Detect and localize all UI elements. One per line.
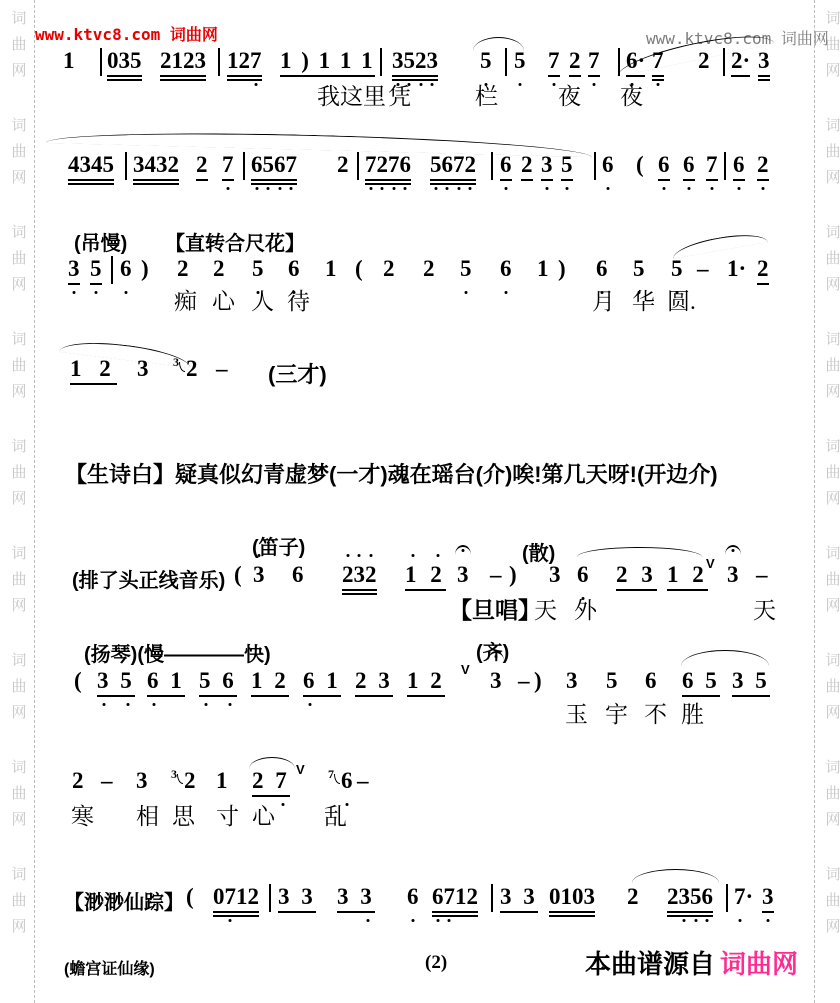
note-digit: 3 (641, 562, 657, 588)
note-digit: 3 (301, 884, 316, 910)
watermark-char: 词 (11, 113, 26, 139)
note-digit: 1 (280, 48, 294, 74)
bar-line (594, 152, 596, 180)
lyric-text: 【旦唱】 (449, 598, 541, 624)
beam-line (213, 911, 259, 913)
note-digit: ) (301, 48, 311, 74)
note-digit: ( (186, 884, 194, 910)
note-digit: 7 (388, 152, 400, 178)
watermark-char: 网 (825, 807, 840, 833)
note-digit: 6 (400, 152, 412, 178)
beam-line (706, 179, 718, 181)
watermark-char: 词 (11, 862, 26, 888)
lyric-text: 夜 (620, 84, 643, 110)
note-digit: ) (141, 256, 149, 282)
note-token: 5 (460, 256, 472, 282)
watermark-char: 网 (825, 914, 840, 940)
note-token: 3432 (133, 152, 179, 178)
slur-curve (46, 128, 592, 157)
note-digit: 7 (706, 152, 718, 178)
note-digit: 3 (136, 768, 148, 794)
note-digit: 1 (727, 256, 739, 282)
note-digit: 2 (252, 768, 267, 794)
bar-line (724, 152, 726, 180)
note-token: ( (186, 884, 194, 910)
note-digit: 1 (537, 256, 549, 282)
lyric-text: 心 (212, 289, 235, 315)
note-token: 2 (569, 48, 581, 74)
note-digit: 6 (442, 152, 454, 178)
note-token: 232 (342, 562, 377, 588)
note-token: 6 (407, 884, 419, 910)
note-token: 2 (423, 256, 435, 282)
music-section-label: 【直转合尺花】 (165, 227, 305, 256)
lyric-text: 夜 (558, 84, 581, 110)
left-dashed-border (34, 0, 35, 1003)
note-digit: 2 (239, 48, 251, 74)
note-digit: 1 (216, 768, 228, 794)
note-token: 3523 (392, 48, 438, 74)
bar-line (100, 48, 102, 76)
note-digit: 2 (383, 256, 395, 282)
note-token: 3 (758, 48, 770, 74)
note-digit: 3 (360, 884, 375, 910)
note-digit (515, 884, 524, 910)
note-digit (747, 668, 756, 694)
beam-line (280, 75, 375, 77)
note-digit: – (756, 562, 768, 588)
beam-line (731, 75, 750, 77)
beam-line (227, 79, 262, 81)
note-token: 1 2 (251, 668, 289, 694)
note-token: 2356 (667, 884, 713, 910)
source-brand-link[interactable]: 词曲网 (720, 944, 798, 981)
note-token: 1 (216, 768, 228, 794)
note-token: 6 1 (147, 668, 185, 694)
note-digit: 2 (430, 668, 445, 694)
note-token: 3 5 (732, 668, 770, 694)
note-digit: 2 (72, 768, 84, 794)
beam-line (392, 75, 438, 77)
beam-line (658, 179, 670, 181)
note-digit (112, 668, 121, 694)
note-digit: 2 (274, 668, 289, 694)
note-digit: 2 (196, 152, 208, 178)
note-token: 3 (457, 562, 469, 588)
music-section-label: (扬琴)(慢————快) (84, 638, 271, 667)
note-digit (422, 668, 431, 694)
note-digit: 3 (195, 48, 207, 74)
note-digit: 3 (762, 884, 774, 910)
note-digit: 6 (500, 152, 512, 178)
note-digit: 2 (248, 884, 260, 910)
watermark-text: 词曲网 (825, 648, 840, 726)
note-digit: 5 (263, 152, 275, 178)
watermark-char: 词 (825, 862, 840, 888)
fermata-icon (725, 545, 741, 555)
note-token: ) (534, 668, 542, 694)
beam-line (342, 593, 377, 595)
note-digit (162, 668, 171, 694)
note-digit: 6 (733, 152, 745, 178)
note-digit: 2 (177, 256, 189, 282)
note-digit: 6 (274, 152, 286, 178)
note-token: 1 ) 1 1 1 (280, 48, 375, 74)
beam-line (251, 179, 297, 181)
note-token: 6 (658, 152, 670, 178)
beam-line (97, 695, 135, 697)
note-token: 5 (633, 256, 645, 282)
beam-line (430, 183, 476, 185)
watermark-char: 曲 (825, 246, 840, 272)
note-token: 5 (671, 256, 683, 282)
note-token: 6 1 (303, 668, 341, 694)
watermark-text: 词曲网 (825, 220, 840, 298)
watermark-char: 网 (11, 379, 26, 405)
watermark-text: 词曲网 (11, 113, 26, 191)
breath-mark: V (461, 662, 470, 677)
note-digit: 5 (199, 668, 214, 694)
beam-line (365, 179, 411, 181)
beam-line (432, 915, 478, 917)
note-token: 5672 (430, 152, 476, 178)
watermark-text: 词曲网 (825, 113, 840, 191)
watermark-text: 词曲网 (825, 541, 840, 619)
note-digit: 1 (236, 884, 248, 910)
watermark-char: 曲 (11, 246, 26, 272)
watermark-char: 曲 (825, 139, 840, 165)
note-token: – (216, 356, 228, 382)
watermark-text: 词曲网 (825, 862, 840, 940)
watermark-char: 曲 (825, 460, 840, 486)
note-token: 2 (72, 768, 84, 794)
beam-line (430, 179, 476, 181)
note-digit: 1 (170, 668, 185, 694)
beam-line (652, 75, 664, 77)
note-token: ( (74, 668, 82, 694)
watermark-char: 曲 (11, 139, 26, 165)
note-digit: 7 (275, 768, 290, 794)
note-digit: ) (534, 668, 542, 694)
beam-line (616, 589, 657, 591)
beam-line (521, 179, 533, 181)
note-digit: 6 (702, 884, 714, 910)
watermark-char: 曲 (11, 888, 26, 914)
lyric-text: 胜 (681, 702, 704, 728)
note-digit: 3 (457, 562, 469, 588)
note-token: 2 (383, 256, 395, 282)
note-token: 6 5 (682, 668, 720, 694)
note-digit: 5 (705, 668, 720, 694)
note-digit: 3 (156, 152, 168, 178)
watermark-char: 词 (11, 327, 26, 353)
watermark-char: 词 (11, 755, 26, 781)
note-digit: · (746, 884, 754, 910)
watermark-char: 词 (11, 434, 26, 460)
watermark-text: 词曲网 (11, 541, 26, 619)
note-digit: 6 (407, 884, 419, 910)
note-token: 2 3 (616, 562, 657, 588)
note-token: 6 (577, 562, 589, 588)
note-digit: 4 (68, 152, 80, 178)
note-digit: 2 (415, 48, 427, 74)
note-digit: 1 (63, 48, 75, 74)
note-digit: 7 (250, 48, 262, 74)
beam-line (90, 283, 102, 285)
beam-line (365, 183, 411, 185)
beam-line (160, 79, 206, 81)
note-token: 6 (120, 256, 132, 282)
watermark-char: 词 (11, 648, 26, 674)
watermark-text: 词曲网 (11, 327, 26, 405)
beam-line (588, 75, 600, 77)
note-digit: 1 (251, 668, 266, 694)
note-token: 2 3 (355, 668, 393, 694)
note-digit: 5 (130, 48, 142, 74)
note-token: 0103 (549, 884, 595, 910)
note-digit: 1 (561, 884, 573, 910)
note-token: 7 (706, 152, 718, 178)
grace-note: 7 (328, 767, 340, 781)
beam-line (667, 589, 708, 591)
note-digit: 4 (91, 152, 103, 178)
note-digit: 5 (480, 48, 492, 74)
music-section-label: 【渺渺仙踪】 (64, 886, 184, 915)
beam-line (541, 179, 553, 181)
note-token: 5 (606, 668, 618, 694)
note-digit: 2 (627, 884, 639, 910)
lyric-text: 不 (644, 702, 667, 728)
note-token: – (490, 562, 502, 588)
note-digit: 3 (732, 668, 747, 694)
music-section-label: (吊慢) (74, 227, 127, 256)
beam-line (758, 79, 770, 81)
note-digit: 5 (755, 668, 770, 694)
note-token: ( (636, 152, 644, 178)
note-token: – (101, 768, 113, 794)
note-token: 7 (548, 48, 560, 74)
music-text-label: (三才) (268, 358, 327, 389)
note-digit: 2 (186, 356, 198, 382)
note-token: 2 (757, 152, 769, 178)
note-digit: 3 (278, 884, 293, 910)
beam-line (757, 283, 769, 285)
note-digit: 2 (465, 152, 477, 178)
note-token: 6 (645, 668, 657, 694)
note-digit: 4 (145, 152, 157, 178)
note-digit: 3 (523, 884, 538, 910)
watermark-text: 词曲网 (825, 327, 840, 405)
beam-line (500, 179, 512, 181)
lyric-text: 宇 (605, 702, 628, 728)
note-token: 5 (90, 256, 102, 282)
lyric-text: 外 (574, 598, 597, 624)
watermark-char: 曲 (825, 567, 840, 593)
watermark-char: 词 (825, 434, 840, 460)
watermark-char: 网 (11, 486, 26, 512)
note-token: 1· (727, 256, 746, 282)
note-token: 5 (480, 48, 492, 74)
note-token: 3 3 (500, 884, 538, 910)
note-token: 1 2 (70, 356, 117, 382)
watermark-char: 网 (825, 486, 840, 512)
music-text-label: 【生诗白】疑真似幻青虚梦(一才)魂在瑶台(介)唉!第几天呀!(开边介) (65, 458, 718, 489)
note-digit: 2 (160, 48, 172, 74)
slur-curve (473, 37, 524, 51)
note-digit: 3 (727, 562, 739, 588)
note-token: 2 (757, 256, 769, 282)
note-digit: 3 (68, 256, 80, 282)
note-digit: 6 (292, 562, 304, 588)
lyric-text: 栏 (475, 84, 498, 110)
beam-line (251, 183, 297, 185)
beam-line (569, 75, 581, 77)
note-digit: – (518, 668, 530, 694)
lyric-text: 天 (534, 598, 557, 624)
lyric-text: 圆. (667, 289, 696, 315)
watermark-char: 曲 (11, 674, 26, 700)
note-token: 3 (253, 562, 265, 588)
page-number: (2) (425, 952, 447, 974)
beam-line (107, 79, 142, 81)
watermark-text: 词曲网 (11, 434, 26, 512)
watermark-char: 词 (11, 6, 26, 32)
watermark-char: 曲 (825, 674, 840, 700)
beam-line (252, 795, 290, 797)
watermark-char: 词 (825, 648, 840, 674)
note-digit (267, 768, 276, 794)
beam-line (213, 915, 259, 917)
note-token: 2 (627, 884, 639, 910)
note-token: 1 2 (667, 562, 708, 588)
note-digit: 6 (596, 256, 608, 282)
note-digit: – (357, 768, 369, 794)
note-token: ) (558, 256, 566, 282)
note-digit: 7 (444, 884, 456, 910)
site-link-top-left[interactable]: www.ktvc8.com 词曲网 (35, 22, 218, 45)
beam-line (133, 183, 179, 185)
note-digit: 1 (325, 256, 337, 282)
note-digit (683, 562, 693, 588)
beam-line (68, 283, 80, 285)
note-digit: 5 (404, 48, 416, 74)
note-digit: 2 (365, 562, 377, 588)
note-token: 2 (337, 152, 349, 178)
watermark-char: 网 (11, 58, 26, 84)
beam-line (667, 911, 713, 913)
note-digit: 6 (645, 668, 657, 694)
note-token: 6 (292, 562, 304, 588)
note-digit: 0 (213, 884, 225, 910)
note-digit: 5 (633, 256, 645, 282)
note-digit: 6 (303, 668, 318, 694)
note-token: 6712 (432, 884, 478, 910)
note-digit (214, 668, 223, 694)
note-digit: ( (234, 562, 242, 588)
watermark-char: 词 (11, 541, 26, 567)
note-digit (352, 884, 361, 910)
note-digit: 2 (430, 562, 446, 588)
beam-line (196, 179, 208, 181)
note-token: 2 (213, 256, 225, 282)
beam-line (70, 383, 117, 385)
note-token: 1 2 (407, 668, 445, 694)
beam-line (227, 75, 262, 77)
watermark-char: 词 (825, 541, 840, 567)
slur-curve (681, 650, 769, 666)
beam-line (652, 79, 664, 81)
note-digit (293, 884, 302, 910)
note-digit: 2 (423, 256, 435, 282)
note-digit: 3 (354, 562, 366, 588)
note-digit: 5 (690, 884, 702, 910)
note-token: 4345 (68, 152, 114, 178)
note-digit: 3 (427, 48, 439, 74)
beam-line (251, 695, 289, 697)
note-digit: 2 (168, 152, 180, 178)
beam-line (758, 75, 770, 77)
note-digit (353, 48, 361, 74)
source-prefix: 本曲谱源自 (585, 944, 715, 981)
note-token: 5 6 (199, 668, 237, 694)
note-token: – (518, 668, 530, 694)
note-digit: 2 (355, 668, 370, 694)
watermark-text: 词曲网 (11, 648, 26, 726)
note-token: 76 (328, 768, 353, 797)
note-digit: 6 (222, 668, 237, 694)
bar-line (357, 152, 359, 180)
note-digit: 5 (514, 48, 526, 74)
note-digit: 6 (658, 152, 670, 178)
note-token: 2 (521, 152, 533, 178)
watermark-char: 词 (825, 327, 840, 353)
note-digit: 1 (227, 48, 239, 74)
note-token: ( (234, 562, 242, 588)
watermark-char: 曲 (11, 781, 26, 807)
note-digit: 7 (548, 48, 560, 74)
lyric-text: 心 (252, 804, 275, 830)
beam-line (303, 695, 341, 697)
beam-line (549, 915, 595, 917)
note-digit (370, 668, 379, 694)
note-token: 6 (596, 256, 608, 282)
beam-line (549, 911, 595, 913)
watermark-char: 网 (825, 272, 840, 298)
note-digit (421, 562, 431, 588)
note-digit: 2 (521, 152, 533, 178)
note-digit: 1 (326, 668, 341, 694)
beam-line (68, 179, 114, 181)
note-token: 035 (107, 48, 142, 74)
note-token: 127 (227, 48, 262, 74)
watermark-char: 词 (11, 220, 26, 246)
beam-line (757, 179, 769, 181)
note-digit: 3 (500, 884, 515, 910)
note-digit: 2 (569, 48, 581, 74)
note-digit: 6 (682, 668, 697, 694)
note-digit: 2 (213, 256, 225, 282)
note-digit: 2 (616, 562, 632, 588)
bar-line (111, 256, 113, 284)
bar-line (380, 48, 382, 76)
beam-line (683, 179, 695, 181)
watermark-char: 网 (11, 700, 26, 726)
note-token: – (697, 256, 709, 282)
beam-line (626, 75, 645, 77)
note-digit: 1 (70, 356, 88, 382)
note-digit: 1 (667, 562, 683, 588)
note-token: ) (141, 256, 149, 282)
